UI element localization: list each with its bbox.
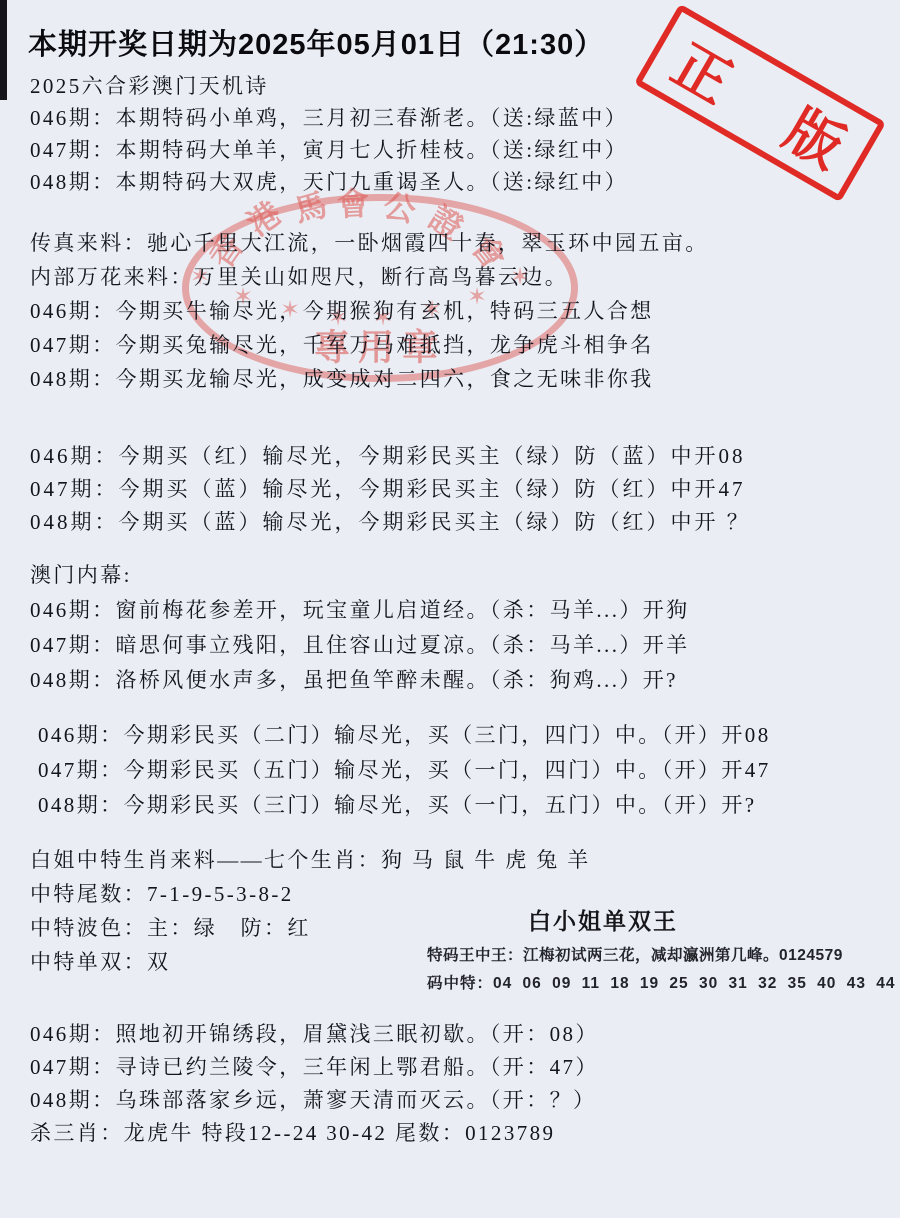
tip-line: 047期：今期买（蓝）输尽光，今期彩民买主（绿）防（红）中开47 (30, 473, 751, 506)
miss-bai-heading: 白小姐单双王 (528, 903, 678, 936)
tip-line: 046期：今期彩民买（二门）输尽光，买（三门，四门）中。（开）开08 (38, 718, 771, 753)
tip-line: 047期：今期彩民买（五门）输尽光，买（一门，四门）中。（开）开47 (38, 753, 771, 788)
tip-line: 047期：暗思何事立残阳，且住容山过夏凉。（杀：马羊...）开羊 (30, 628, 690, 663)
code-numbers-line: 码中特：04 06 09 11 18 19 25 30 31 32 35 40 … (427, 971, 896, 993)
tip-line: 048期：洛桥风便水声多，虽把鱼竿醉未醒。（杀：狗鸡...）开? (30, 663, 690, 698)
tip-line: 中特波色：主：绿 防：红 (30, 911, 591, 945)
scan-edge-artifact (0, 0, 7, 100)
tip-line: 047期：本期特码大单羊，寅月七人折桂枝。（送:绿红中） (30, 134, 628, 166)
lottery-tip-sheet: 香 港 馬 會 公 證 會 ✶ ✶ ✶ ✶ ✶ ✶ ✶ ✶ 專用章 本期开奖日期… (0, 0, 900, 1218)
tip-line: 白姐中特生肖来料——七个生肖：狗 马 鼠 牛 虎 兔 羊 (30, 843, 591, 877)
section-door-tips: 046期：今期彩民买（二门）输尽光，买（三门，四门）中。（开）开08 047期：… (38, 718, 771, 823)
section-color-tips: 046期：今期买（红）输尽光，今期彩民买主（绿）防（蓝）中开08 047期：今期… (30, 440, 751, 539)
section-heading: 2025六合彩澳门天机诗 (30, 70, 628, 102)
tip-line: 046期：今期买（红）输尽光，今期彩民买主（绿）防（蓝）中开08 (30, 440, 751, 473)
stamp-char: 版 (772, 87, 860, 184)
section-fax-material: 传真来料：驰心千里大江流，一卧烟霞四十春，翠玉环中园五亩。 内部万花来料：万里关… (30, 226, 709, 396)
section-final-poems: 046期：照地初开锦绣段，眉黛浅三眠初歇。（开：08） 047期：寻诗已约兰陵令… (30, 1018, 599, 1150)
tip-line: 048期：今期买龙输尽光，成变成对二四六，食之无味非你我 (30, 362, 709, 396)
tip-line: 中特尾数：7-1-9-5-3-8-2 (30, 877, 591, 911)
tip-line: 046期：照地初开锦绣段，眉黛浅三眠初歇。（开：08） (30, 1018, 599, 1051)
tip-line: 传真来料：驰心千里大江流，一卧烟霞四十春，翠玉环中园五亩。 (30, 226, 709, 260)
stamp-char: 正 (659, 22, 747, 119)
tip-line: 047期：今期买兔输尽光，千军万马难抵挡，龙争虎斗相争名 (30, 328, 709, 362)
section-heading: 澳门内幕: (30, 558, 690, 593)
page-title: 本期开奖日期为2025年05月01日（21:30） (28, 22, 604, 63)
section-macau-insider: 澳门内幕: 046期：窗前梅花参差开，玩宝童儿启道经。（杀：马羊...）开狗 0… (30, 558, 690, 698)
tip-line: 048期：本期特码大双虎，天门九重谒圣人。（送:绿红中） (30, 166, 628, 198)
tip-line: 046期：本期特码小单鸡，三月初三春渐老。（送:绿蓝中） (30, 102, 628, 134)
tip-line: 048期：今期彩民买（三门）输尽光，买（一门，五门）中。（开）开? (38, 788, 771, 823)
tip-line: 048期：乌珠部落家乡远，萧寥天清而灭云。（开：？） (30, 1084, 599, 1117)
tip-line: 046期：今期买牛输尽光，今期猴狗有玄机，特码三五人合想 (30, 294, 709, 328)
tip-line: 杀三肖：龙虎牛 特段12--24 30-42 尾数：0123789 (30, 1117, 599, 1150)
special-code-king-line: 特码王中王：江梅初试两三花，减却瀛洲第几峰。0124579 (427, 943, 843, 965)
tip-line: 048期：今期买（蓝）输尽光，今期彩民买主（绿）防（红）中开 ？ (30, 506, 751, 539)
genuine-edition-stamp: 正 版 (634, 4, 886, 203)
tip-line: 046期：窗前梅花参差开，玩宝童儿启道经。（杀：马羊...）开狗 (30, 593, 690, 628)
tip-line: 047期：寻诗已约兰陵令，三年闲上鄂君船。（开：47） (30, 1051, 599, 1084)
tip-line: 内部万花来料：万里关山如咫尺，断行高鸟暮云边。 (30, 260, 709, 294)
section-tianji-poems: 2025六合彩澳门天机诗 046期：本期特码小单鸡，三月初三春渐老。（送:绿蓝中… (30, 70, 628, 198)
